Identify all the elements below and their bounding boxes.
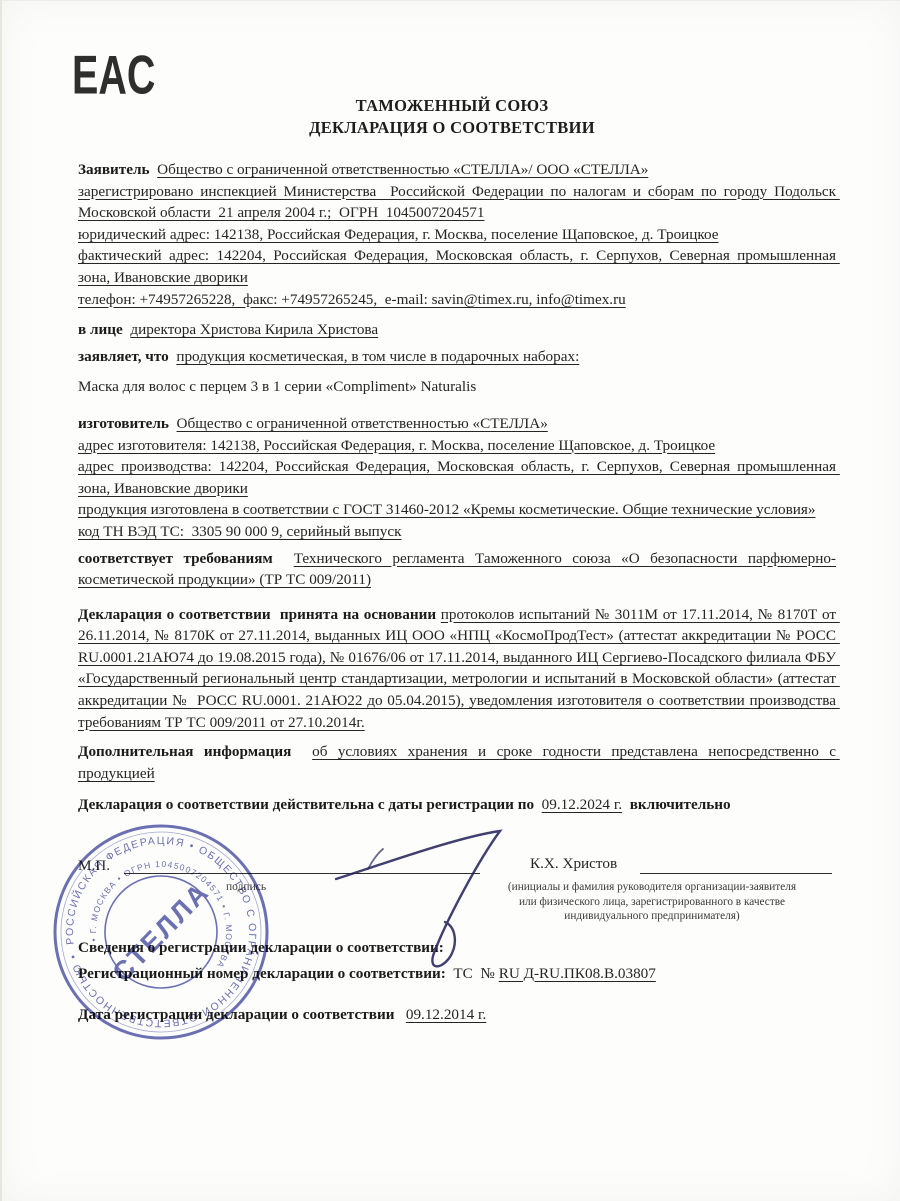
field-registration-date: Дата регистрации декларации о соответств… [78, 1004, 836, 1026]
field-registration-number: Регистрационный номер декларации о соотв… [78, 963, 836, 985]
stamp-place-label: М.П. [78, 855, 110, 877]
name-caption-line-2: или физического лица, зарегистрированног… [519, 896, 785, 908]
name-caption: (инициалы и фамилия руководителя организ… [464, 880, 840, 924]
signature-line [124, 873, 480, 874]
text-segment: зарегистрировано инспекцией Министерства… [78, 183, 840, 222]
field-manufacturer-name: изготовитель Общество с ограниченной отв… [78, 413, 836, 435]
text-segment: Общество с ограниченной ответственностью… [157, 161, 648, 178]
signature-row: М.П. подпись К.Х. Христов (инициалы и фа… [78, 853, 836, 937]
text-segment: Декларация о соответствии действительна … [78, 796, 542, 813]
text-segment: Общество с ограниченной ответственностью… [177, 415, 548, 432]
text-segment: Декларация о соответствии принята на осн… [78, 606, 441, 623]
text-segment: 09.12.2024 г. [542, 796, 622, 813]
field-manufacturer-address: адрес изготовителя: 142138, Российская Ф… [78, 435, 836, 457]
text-segment: Дата регистрации декларации о соответств… [78, 1006, 406, 1023]
field-tnved-code: код ТН ВЭД ТС: 3305 90 000 9, серийный в… [78, 521, 836, 543]
field-applicant-registration: зарегистрировано инспекцией Министерства… [78, 181, 836, 224]
text-segment: протоколов испытаний № 3011М от 17.11.20… [78, 606, 840, 731]
document-title: ТАМОЖЕННЫЙ СОЮЗ ДЕКЛАРАЦИЯ О СООТВЕТСТВИ… [2, 95, 900, 139]
scanned-declaration-page: EAC ТАМОЖЕННЫЙ СОЮЗ ДЕКЛАРАЦИЯ О СООТВЕТ… [0, 0, 900, 1201]
field-applicant-actual-address: фактический адрес: 142204, Российская Фе… [78, 245, 836, 288]
name-line [640, 873, 832, 874]
text-segment: включительно [622, 796, 731, 813]
text-segment: ТС № [446, 965, 499, 982]
text-segment: изготовитель [78, 415, 177, 432]
field-validity-date: Декларация о соответствии действительна … [78, 794, 836, 816]
field-declares-that: заявляет, что продукция косметическая, в… [78, 346, 836, 368]
text-segment: Регистрационный номер декларации о соотв… [78, 965, 446, 982]
field-registration-header: Сведения о регистрации декларации о соот… [78, 937, 836, 959]
text-segment: Дополнительная информация [78, 743, 312, 760]
field-applicant-contacts: телефон: +74957265228, факс: +7495726524… [78, 289, 836, 311]
text-segment: адрес производства: 142204, Российская Ф… [78, 458, 840, 497]
text-segment: заявляет, что [78, 348, 176, 365]
field-represented-by: в лице директора Христова Кирила Христов… [78, 319, 836, 341]
eac-conformity-mark-icon: EAC [72, 47, 155, 102]
document-body: Заявитель Общество с ограниченной ответс… [78, 159, 836, 816]
text-segment: соответствует требованиям [78, 550, 294, 567]
text-segment: 09.12.2014 г. [406, 1006, 486, 1023]
text-segment: Заявитель [78, 161, 157, 178]
title-line-1: ТАМОЖЕННЫЙ СОЮЗ [2, 95, 900, 117]
text-segment: Сведения о регистрации декларации о соот… [78, 939, 444, 956]
field-gost-standard: продукция изготовлена в соответствии с Г… [78, 499, 836, 521]
name-caption-line-1: (инициалы и фамилия руководителя организ… [508, 881, 796, 893]
field-production-address: адрес производства: 142204, Российская Ф… [78, 456, 836, 499]
text-segment: фактический адрес: 142204, Российская Фе… [78, 247, 840, 286]
name-caption-line-3: индивидуального предпринимателя) [564, 910, 739, 922]
field-applicant-name: Заявитель Общество с ограниченной ответс… [78, 159, 836, 181]
title-line-2: ДЕКЛАРАЦИЯ О СООТВЕТСТВИИ [2, 117, 900, 139]
field-applicant-legal-address: юридический адрес: 142138, Российская Фе… [78, 224, 836, 246]
signature-and-registration-block: М.П. подпись К.Х. Христов (инициалы и фа… [78, 853, 836, 1026]
field-product-name: Маска для волос с перцем 3 в 1 серии «Co… [78, 376, 836, 398]
text-segment: код ТН ВЭД ТС: 3305 90 000 9, серийный в… [78, 523, 402, 540]
text-segment: адрес изготовителя: 142138, Российская Ф… [78, 437, 715, 454]
text-segment: телефон: +74957265228, факс: +7495726524… [78, 291, 626, 308]
field-additional-information: Дополнительная информация об условиях хр… [78, 741, 836, 784]
head-name: К.Х. Христов [530, 853, 617, 875]
field-compliance-requirements: соответствует требованиям Технического р… [78, 548, 836, 591]
text-segment: юридический адрес: 142138, Российская Фе… [78, 226, 719, 243]
text-segment: продукция изготовлена в соответствии с Г… [78, 501, 816, 518]
text-segment: продукция косметическая, в том числе в п… [176, 348, 579, 365]
field-declaration-basis: Декларация о соответствии принята на осн… [78, 604, 836, 734]
text-segment: директора Христова Кирила Христова [130, 321, 378, 338]
signature-caption: подпись [226, 877, 266, 899]
text-segment: Маска для волос с перцем 3 в 1 серии «Co… [78, 378, 476, 395]
text-segment: RU Д-RU.ПК08.В.03807 [499, 965, 656, 982]
text-segment: в лице [78, 321, 130, 338]
